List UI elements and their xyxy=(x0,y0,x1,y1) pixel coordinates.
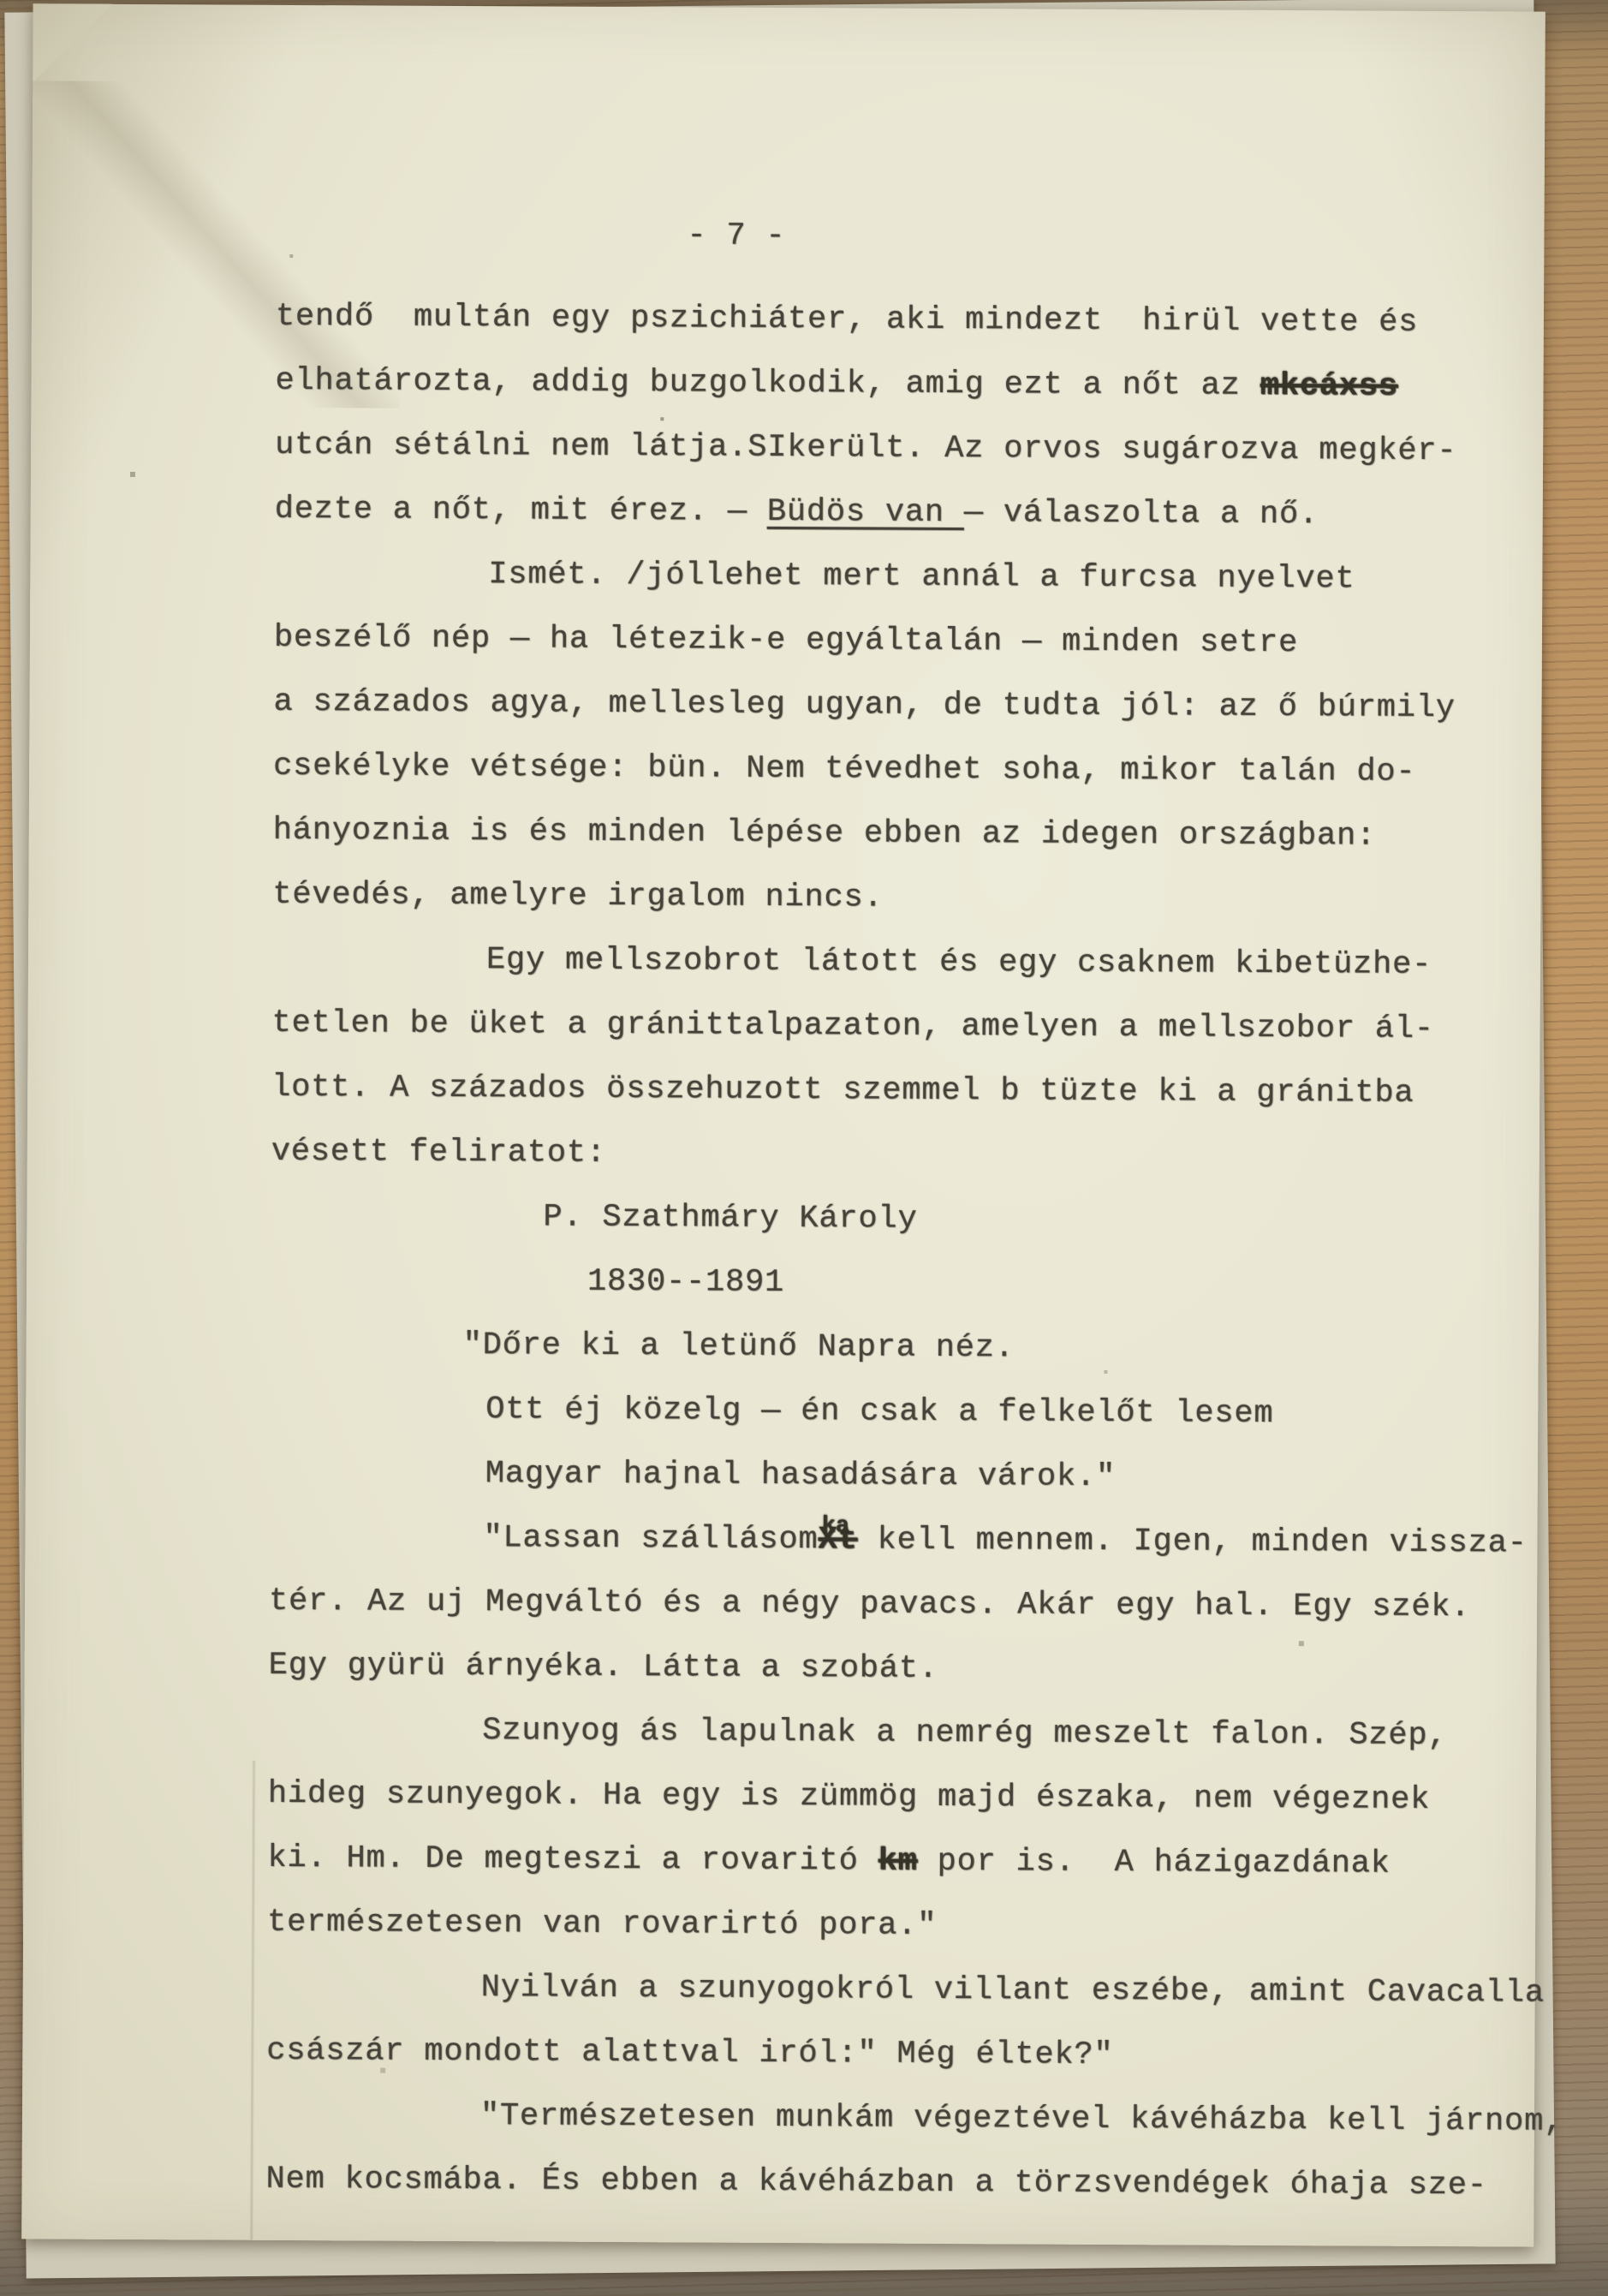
text-segment: tér. Az uj Megváltó és a négy pavacs. Ak… xyxy=(269,1583,1470,1625)
strike-text: Xtka xyxy=(818,1522,857,1558)
text-line: Ott éj közelg — én csak a felkelőt lesem xyxy=(485,1378,1507,1447)
text-segment: Ismét. /jóllehet mert annál a furcsa nye… xyxy=(488,557,1355,597)
text-segment: Egy mellszobrot látott és egy csaknem ki… xyxy=(486,942,1432,983)
text-line: tetlen be üket a gránittalpazaton, amely… xyxy=(271,992,1509,1063)
text-segment: vésett feliratot: xyxy=(271,1134,606,1172)
text-line: Egy gyürü árnyéka. Látta a szobát. xyxy=(268,1634,1505,1705)
text-segment: tendő multán egy pszichiáter, aki mindez… xyxy=(276,299,1418,341)
text-line: "Lassan szállásomXtka kell mennem. Igen,… xyxy=(483,1506,1506,1576)
text-segment: P. Szathmáry Károly xyxy=(543,1200,917,1237)
text-line: császár mondott alattval iról:" Még élte… xyxy=(266,2019,1504,2090)
strike-text: km xyxy=(878,1844,918,1880)
page-number: - 7 - xyxy=(687,204,1513,272)
paper-crease xyxy=(249,1761,256,2240)
text-line: Nem kocsmába. És ebben a kávéházban a tö… xyxy=(265,2148,1503,2219)
text-line: hányoznia is és minden lépése ebben az i… xyxy=(273,799,1510,870)
text-line: lott. A százados összehuzott szemmel b t… xyxy=(271,1056,1509,1127)
text-segment: Ott éj közelg — én csak a felkelőt lesem xyxy=(485,1392,1273,1432)
underline-text: Büdös van xyxy=(767,494,964,531)
paper-specks xyxy=(33,3,35,5)
text-segment: utcán sétálni nem látja.SIkerült. Az orv… xyxy=(275,427,1456,469)
text-line: P. Szathmáry Károly xyxy=(543,1186,1508,1255)
text-segment: Magyar hajnal hasadására várok." xyxy=(485,1456,1116,1495)
typed-correction: ka xyxy=(821,1494,849,1559)
text-segment: tetlen be üket a gránittalpazaton, amely… xyxy=(272,1005,1434,1047)
text-line: dezte a nőt, mit érez. — Büdös van — vál… xyxy=(275,478,1512,549)
text-line: utcán sétálni nem látja.SIkerült. Az orv… xyxy=(275,414,1512,485)
text-segment: "Természetesen munkám végeztével kávéház… xyxy=(480,2098,1563,2140)
text-line: tévedés, amelyre irgalom nincs. xyxy=(272,863,1510,934)
paragraph: "Lassan szállásomXtka kell mennem. Igen,… xyxy=(268,1506,1506,1705)
strike-text: mkcáxss xyxy=(1260,368,1398,405)
folded-corner xyxy=(33,3,115,83)
text-line: a százados agya, mellesleg ugyan, de tud… xyxy=(273,671,1510,742)
verse-block: P. Szathmáry Károly1830--1891"Dőre ki a … xyxy=(270,1184,1509,1512)
typewritten-text: - 7 - tendő multán egy pszichiáter, aki … xyxy=(265,202,1513,2219)
text-segment: hányoznia is és minden lépése ebben az i… xyxy=(273,813,1376,855)
document-page: - 7 - tendő multán egy pszichiáter, aki … xyxy=(21,3,1545,2246)
text-line: elhatározta, addig buzgolkodik, amig ezt… xyxy=(275,349,1512,420)
text-line: csekélyke vétsége: bün. Nem tévedhet soh… xyxy=(273,735,1510,806)
text-line: "Természetesen munkám végeztével kávéház… xyxy=(480,2084,1504,2154)
paragraph: Nyilván a szunyogokról villant eszébe, a… xyxy=(266,1955,1504,2090)
text-line: Nyilván a szunyogokról villant eszébe, a… xyxy=(481,1956,1504,2025)
text-segment: Egy gyürü árnyéka. Látta a szobát. xyxy=(269,1648,938,1687)
paragraph: "Természetesen munkám végeztével kávéház… xyxy=(265,2084,1504,2219)
paragraph: tendő multán egy pszichiáter, aki mindez… xyxy=(275,285,1514,549)
text-line: tér. Az uj Megváltó és a négy pavacs. Ak… xyxy=(269,1570,1506,1641)
text-line: 1830--1891 xyxy=(587,1250,1508,1320)
text-line: természetesen van rovarirtó pora." xyxy=(267,1891,1504,1962)
photo-of-typewritten-page: - 7 - tendő multán egy pszichiáter, aki … xyxy=(0,0,1608,2296)
text-segment: a százados agya, mellesleg ugyan, de tud… xyxy=(273,684,1455,726)
text-segment: elhatározta, addig buzgolkodik, amig ezt… xyxy=(275,363,1260,404)
text-line: beszélő nép — ha létezik-e egyáltalán — … xyxy=(274,606,1511,677)
text-segment: Szunyog ás lapulnak a nemrég meszelt fal… xyxy=(482,1713,1447,1754)
text-segment: dezte a nőt, mit érez. — xyxy=(275,492,767,530)
text-segment: hideg szunyegok. Ha egy is zümmög majd é… xyxy=(268,1776,1430,1818)
text-segment: természetesen van rovarirtó pora." xyxy=(267,1905,937,1944)
text-segment: csekélyke vétsége: bün. Nem tévedhet soh… xyxy=(273,748,1415,790)
text-line: Ismét. /jóllehet mert annál a furcsa nye… xyxy=(488,543,1511,612)
text-line: Egy mellszobrot látott és egy csaknem ki… xyxy=(486,928,1510,998)
paragraph: Egy mellszobrot látott és egy csaknem ki… xyxy=(271,927,1510,1191)
text-segment: "Dőre ki a letünő Napra néz. xyxy=(463,1327,1015,1366)
text-segment: "Lassan szállásom xyxy=(483,1520,818,1558)
text-segment: — válaszolta a nő. xyxy=(964,495,1319,533)
text-segment: császár mondott alattval iról:" Még élte… xyxy=(266,2033,1113,2073)
text-line: Magyar hajnal hasadására várok." xyxy=(485,1442,1507,1512)
text-segment: tévedés, amelyre irgalom nincs. xyxy=(272,877,883,916)
page-text-blocks: tendő multán egy pszichiáter, aki mindez… xyxy=(265,285,1513,2219)
text-line: ki. Hm. De megteszi a rovaritó km por is… xyxy=(267,1827,1504,1898)
text-line: "Dőre ki a letünő Napra néz. xyxy=(462,1314,1507,1383)
text-line: vésett feliratot: xyxy=(271,1120,1509,1191)
text-line: tendő multán egy pszichiáter, aki mindez… xyxy=(276,285,1513,356)
text-segment: Nyilván a szunyogokról villant eszébe, a… xyxy=(481,1970,1545,2012)
paragraph: Ismét. /jóllehet mert annál a furcsa nye… xyxy=(272,542,1511,934)
text-line: hideg szunyegok. Ha egy is zümmög majd é… xyxy=(268,1762,1505,1834)
text-segment: por is. A házigazdának xyxy=(918,1844,1391,1882)
text-segment: beszélő nép — ha létezik-e egyáltalán — … xyxy=(274,620,1298,661)
text-line: Szunyog ás lapulnak a nemrég meszelt fal… xyxy=(482,1699,1505,1768)
text-segment: 1830--1891 xyxy=(587,1264,784,1301)
text-segment: kell mennem. Igen, minden vissza- xyxy=(857,1522,1527,1561)
text-segment: lott. A százados összehuzott szemmel b t… xyxy=(271,1070,1414,1112)
text-segment: Nem kocsmába. És ebben a kávéházban a tö… xyxy=(265,2162,1486,2204)
paragraph: Szunyog ás lapulnak a nemrég meszelt fal… xyxy=(267,1698,1506,1962)
text-segment: ki. Hm. De megteszi a rovaritó xyxy=(267,1840,878,1880)
